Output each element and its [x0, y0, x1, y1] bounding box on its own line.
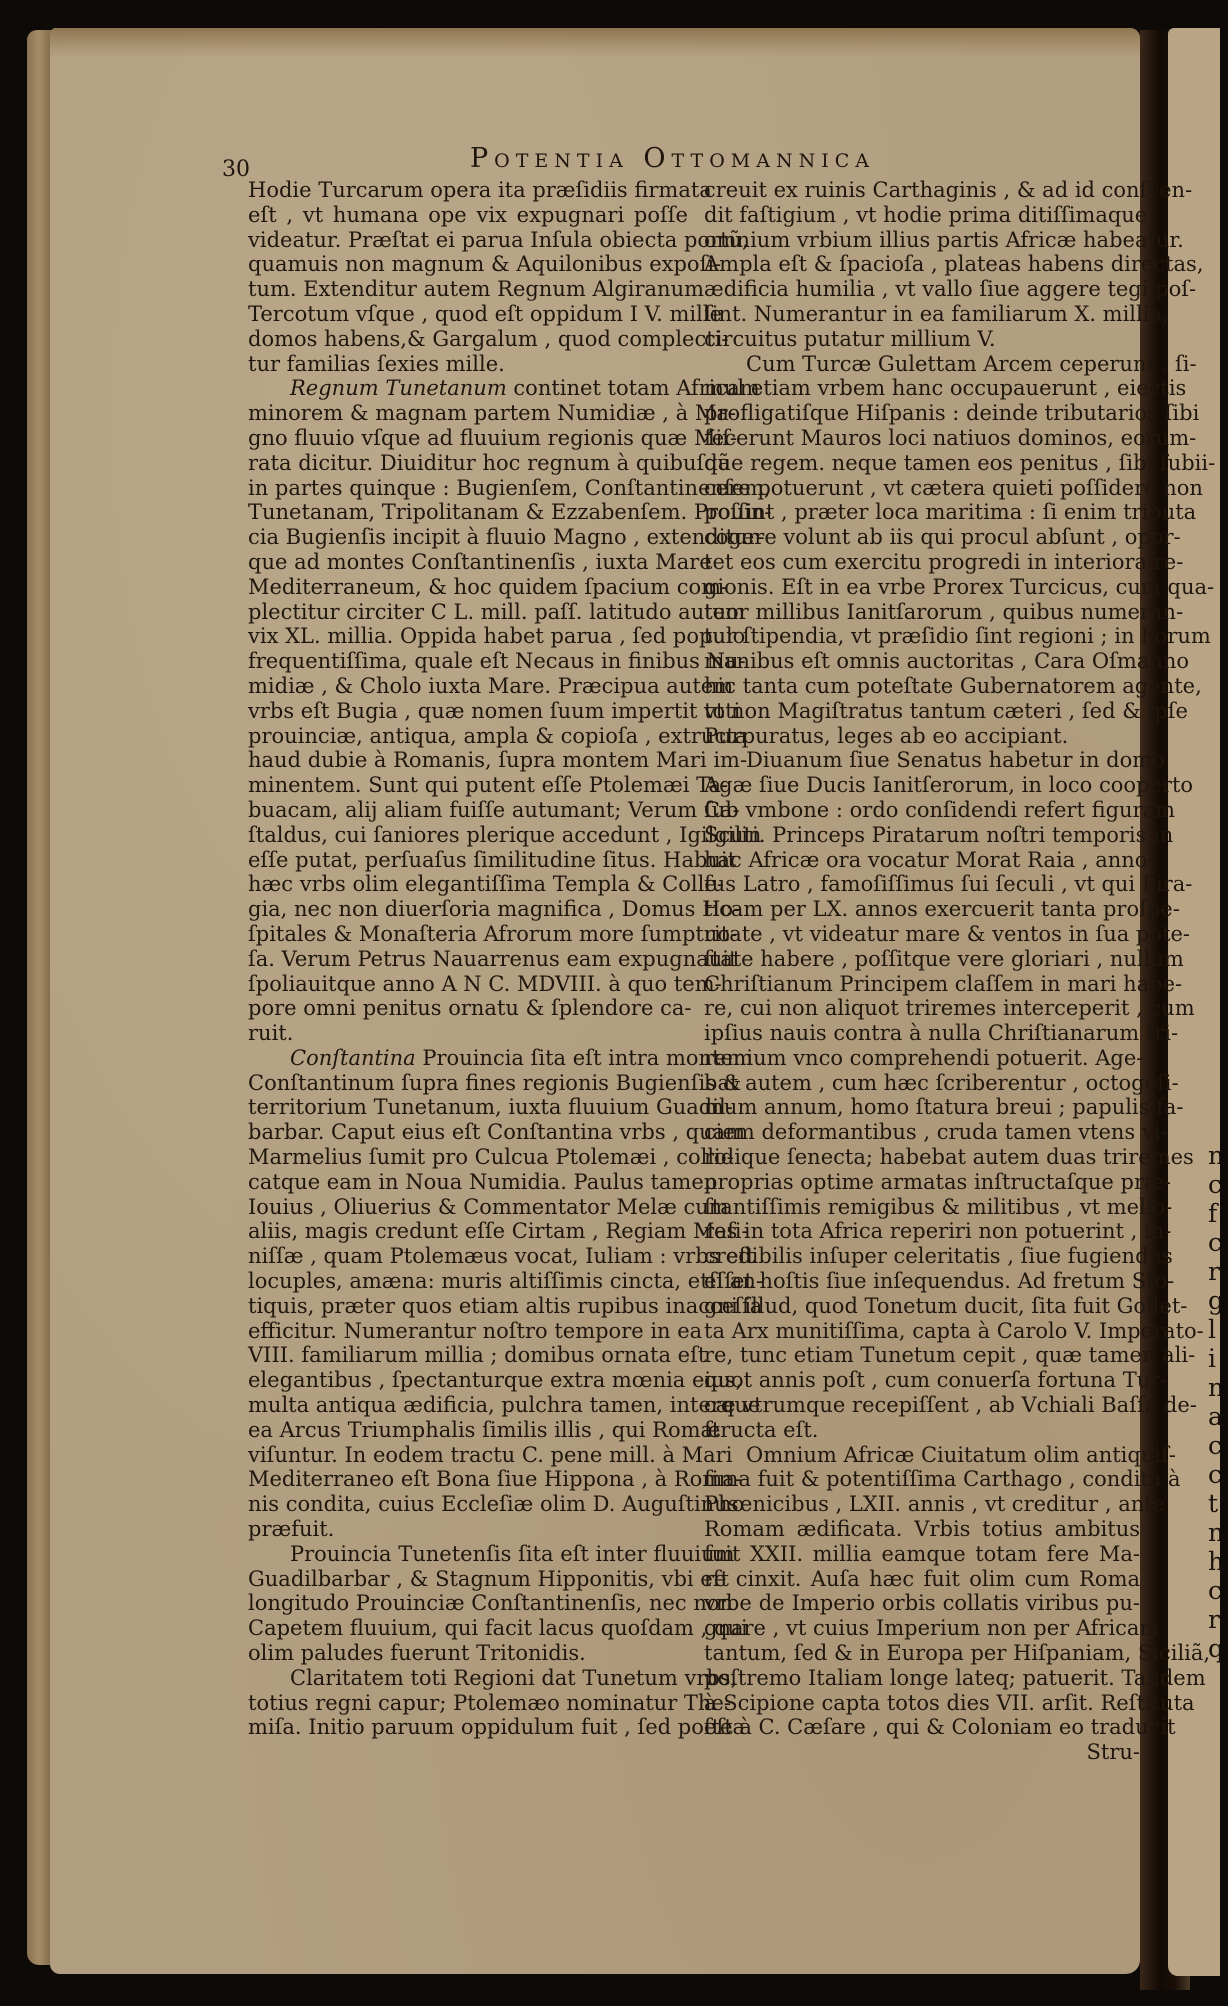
text-line: ſpoliauitque anno A N C. MDVIII. à quo t…	[248, 972, 688, 997]
page-number: 30	[222, 157, 250, 182]
text-line: VIII. familiarum millia ; domibus ornata…	[248, 1343, 688, 1368]
text-line: ædificia humilia , vt vallo ſiue aggere …	[704, 277, 1140, 302]
facing-page-letter: g	[1208, 1288, 1220, 1313]
text-line: Guadilbarbar , & Stagnum Hipponitis, vbi…	[248, 1567, 688, 1592]
text-line: ruit.	[248, 1021, 688, 1046]
text-line: elegantibus , ſpectanturque extra mœnia …	[248, 1368, 688, 1393]
text-line: eſſet hoſtis ſiue inſequendus. Ad fretum…	[704, 1269, 1140, 1294]
text-line: vt non Magiſtratus tantum cæteri , ſed &…	[704, 699, 1140, 724]
text-line: fuit XXII. millia eamque totam fere Ma-	[704, 1542, 1140, 1567]
facing-page-letter: c	[1208, 1230, 1220, 1255]
text-line: multa antiqua ædificia, pulchra tamen, i…	[248, 1393, 688, 1418]
text-line: præfuit.	[248, 1517, 688, 1542]
facing-page-letter: h	[1208, 1549, 1220, 1574]
text-line: ſpitales & Monaſteria Afrorum more ſumpt…	[248, 922, 688, 947]
text-line: mum annum, homo ſtatura breui ; papulis …	[704, 1095, 1140, 1120]
text-line: domos habens,& Gargalum , quod complecti…	[248, 327, 688, 352]
text-line: ticam per LX. annos exercuerit tanta pro…	[704, 897, 1140, 922]
text-line: gni illud, quod Tonetum ducit, ſita fuit…	[704, 1294, 1140, 1319]
facing-page-letter: i	[1208, 1346, 1216, 1371]
text-line: prouinciæ, antiqua, ampla & copioſa , ex…	[248, 724, 688, 749]
right-text-column: creuit ex ruinis Carthaginis , & ad id c…	[704, 178, 1140, 1765]
text-line: creuit ex ruinis Carthaginis , & ad id c…	[704, 178, 1140, 203]
text-line: midiæ , & Cholo iuxta Mare. Præcipua aut…	[248, 674, 688, 699]
text-line: longitudo Prouinciæ Conſtantinenſis, nec…	[248, 1591, 688, 1616]
facing-page-letter: c	[1208, 1578, 1220, 1603]
text-line: ſub vmbone : ordo conſidendi refert figu…	[704, 798, 1140, 823]
text-line: ta Arx munitiſſima, capta à Carolo V. Im…	[704, 1319, 1140, 1344]
text-line: ſus Latro , famoſiſſimus ſui ſeculi , vt…	[704, 872, 1140, 897]
paragraph: Omnium Africæ Ciuitatum olim antiquiſ-ſi…	[704, 1443, 1140, 1741]
text-line: fecerunt Mauros loci natiuos dominos, eo…	[704, 426, 1140, 451]
text-line: tuor millibus Ianitſarorum , quibus nume…	[704, 600, 1140, 625]
text-line: territorium Tunetanum, iuxta fluuium Gua…	[248, 1095, 688, 1120]
text-line: proprias optime armatas inſtructaſque pr…	[704, 1170, 1140, 1195]
paragraph: Prouincia Tunetenſis ſita eſt inter fluu…	[248, 1542, 688, 1666]
text-line: in partes quinque : Bugienſem, Conſtanti…	[248, 476, 688, 501]
text-line: ſa. Verum Petrus Nauarrenus eam expugnau…	[248, 947, 688, 972]
text-line: Conſtantina Prouincia ſita eſt intra mon…	[248, 1046, 688, 1071]
text-line: credibilis inſuper celeritatis , ſiue fu…	[704, 1244, 1140, 1269]
facing-page-letter: a	[1208, 1404, 1220, 1429]
text-line: Marmelius ſumit pro Culcua Ptolemæi , co…	[248, 1145, 688, 1170]
text-line: Omnium Africæ Ciuitatum olim antiquiſ-	[704, 1443, 1140, 1468]
text-line: ſima fuit & potentiſſima Carthago , cond…	[704, 1467, 1140, 1492]
text-line: Iouius , Oliuerius & Commentator Melæ cu…	[248, 1195, 688, 1220]
paragraph: Claritatem toti Regioni dat Tunetum vrbs…	[248, 1666, 688, 1740]
facing-page-letter: f	[1208, 1201, 1217, 1226]
text-line: Romam ædificata. Vrbis totius ambitus	[704, 1517, 1140, 1542]
text-line: manibus eſt omnis auctoritas , Cara Oſma…	[704, 649, 1140, 674]
facing-page-letter: r	[1208, 1607, 1220, 1632]
text-line: quamuis non magnum & Aquilonibus expoſi-	[248, 252, 688, 277]
text-line: vrbe de Imperio orbis collatis viribus p…	[704, 1591, 1140, 1616]
text-line: hic tanta cum poteſtate Gubernatorem age…	[704, 674, 1140, 699]
text-line: cogere volunt ab iis qui procul abſunt ,…	[704, 525, 1140, 550]
paragraph: Cum Turcæ Gulettam Arcem ceperunt , ſi-m…	[704, 352, 1140, 749]
running-head: Potentia Ottomannica	[470, 143, 875, 174]
text-line: gnare , vt cuius Imperium non per Africa…	[704, 1616, 1140, 1641]
text-line: minentem. Sunt qui putent eſſe Ptolemæi …	[248, 773, 688, 798]
text-line: poſtremo Italiam longe lateq; patuerit. …	[704, 1666, 1140, 1691]
text-line: Prouincia Tunetenſis ſita eſt inter fluu…	[248, 1542, 688, 1567]
text-line: cia Bugienſis incipit à fluuio Magno , e…	[248, 525, 688, 550]
text-line: eſt , vt humana ope vix expugnari poſſe	[248, 203, 688, 228]
text-line: cæ vtrumque recepiſſent , ab Vchiali Baſ…	[704, 1393, 1140, 1418]
text-line: haud dubie à Romanis, ſupra montem Mari …	[248, 748, 688, 773]
text-line: ſtate habere , poſſitque vere gloriari ,…	[704, 947, 1140, 972]
text-line: bat autem , cum hæc ſcriberentur , octog…	[704, 1071, 1140, 1096]
text-line: tum. Extenditur autem Regnum Algiranum	[248, 277, 688, 302]
text-line: re, cui non aliquot triremes interceperi…	[704, 996, 1140, 1021]
facing-page-letter: n	[1208, 1520, 1220, 1545]
left-text-column: Hodie Turcarum opera ita præſidiis firma…	[248, 178, 688, 1740]
text-line: pore omni penitus ornatu & ſplendore ca-	[248, 996, 688, 1021]
text-line: miſa. Initio paruum oppidulum fuit , ſed…	[248, 1715, 688, 1740]
text-line: tiquis, præter quos etiam altis rupibus …	[248, 1294, 688, 1319]
text-line: tur familias ſexies mille.	[248, 352, 688, 377]
text-line: Conſtantinum ſupra fines regionis Bugien…	[248, 1071, 688, 1096]
text-line: aliis, magis credunt eſſe Cirtam , Regia…	[248, 1219, 688, 1244]
text-line: Diuanum ſiue Senatus habetur in domo	[704, 748, 1140, 773]
text-line: buacam, alij aliam fuiſſe autumant; Veru…	[248, 798, 688, 823]
text-line: re cinxit. Auſa hæc fuit olim cum Roma	[704, 1567, 1140, 1592]
text-line: Agæ ſiue Ducis Ianitſerorum, in loco coo…	[704, 773, 1140, 798]
text-line: minorem & magnam partem Numidiæ , à Ma-	[248, 401, 688, 426]
text-line: omnium vrbium illius partis Africæ habea…	[704, 228, 1140, 253]
paragraph: creuit ex ruinis Carthaginis , & ad id c…	[704, 178, 1140, 352]
facing-page-letter: c	[1208, 1433, 1220, 1458]
facing-page-letter: n	[1208, 1375, 1220, 1400]
text-line: hac Africæ ora vocatur Morat Raia , anno…	[704, 848, 1140, 873]
text-line: ritate , vt videatur mare & ventos in ſu…	[704, 922, 1140, 947]
paragraph: Conſtantina Prouincia ſita eſt intra mon…	[248, 1046, 688, 1542]
text-line: eſt à C. Cæſare , qui & Coloniam eo trad…	[704, 1715, 1140, 1740]
text-line: re, tunc etiam Tunetum cepit , quæ tamen…	[704, 1343, 1140, 1368]
paragraph: Hodie Turcarum opera ita præſidiis firma…	[248, 178, 688, 376]
text-line: Mediterraneo eſt Bona ſiue Hippona , à R…	[248, 1467, 688, 1492]
text-line: Claritatem toti Regioni dat Tunetum vrbs…	[248, 1666, 688, 1691]
text-line: Cum Turcæ Gulettam Arcem ceperunt , ſi-	[704, 352, 1140, 377]
text-line: locuples, amæna: muris altiſſimis cincta…	[248, 1269, 688, 1294]
text-line: totius regni capur; Ptolemæo nominatur T…	[248, 1691, 688, 1716]
text-line: Tercotum vſque , quod eſt oppidum I V. m…	[248, 302, 688, 327]
text-line: nis condita, cuius Eccleſiæ olim D. Augu…	[248, 1492, 688, 1517]
text-line: gno fluuio vſque ad fluuium regionis quæ…	[248, 426, 688, 451]
paragraph: Regnum Tunetanum continet totam Africamm…	[248, 376, 688, 1046]
text-line: res in tota Africa reperiri non potuerin…	[704, 1219, 1140, 1244]
text-line: Chriſtianum Principem claſſem in mari ha…	[704, 972, 1140, 997]
text-line: quot annis poſt , cum conuerſa fortuna T…	[704, 1368, 1140, 1393]
text-line: ſint. Numerantur in ea familiarum X. mil…	[704, 302, 1140, 327]
italic-lead: Conſtantina	[290, 1046, 416, 1070]
text-line: cere potuerunt , vt cætera quieti poſſid…	[704, 476, 1140, 501]
text-line: eſſe putat, perſuaſus ſimilitudine ſitus…	[248, 848, 688, 873]
text-line: olim paludes fuerunt Tritonidis.	[248, 1641, 688, 1666]
catchword: Stru-	[704, 1740, 1140, 1765]
text-line: remium vnco comprehendi potuerit. Age-	[704, 1046, 1140, 1071]
text-line: Ampla eſt & ſpacioſa , plateas habens di…	[704, 252, 1140, 277]
water-stain	[50, 28, 1140, 58]
text-line: Hodie Turcarum opera ita præſidiis firma…	[248, 178, 688, 203]
text-line: barbar. Caput eius eſt Conſtantina vrbs …	[248, 1120, 688, 1145]
text-line: Phœnicibus , LXII. annis , vt creditur ,…	[704, 1492, 1140, 1517]
text-line: rata dicitur. Diuiditur hoc regnum à qui…	[248, 451, 688, 476]
facing-page-letter: t	[1208, 1491, 1218, 1516]
facing-page-letter: l	[1208, 1317, 1216, 1342]
text-line: ea Arcus Triumphalis ſimilis illis , qui…	[248, 1418, 688, 1443]
text-line: que regem. neque tamen eos penitus , ſib…	[704, 451, 1140, 476]
text-line: Capetem fluuium, qui facit lacus quoſdam…	[248, 1616, 688, 1641]
text-line: Purpuratus, leges ab eo accipiant.	[704, 724, 1140, 749]
text-line: niſſæ , quam Ptolemæus vocat, Iuliam : v…	[248, 1244, 688, 1269]
text-line: Mediterraneum, & hoc quidem ſpacium com-	[248, 575, 688, 600]
text-line: gionis. Eſt in ea vrbe Prorex Turcicus, …	[704, 575, 1140, 600]
text-line: mul etiam vrbem hanc occupauerunt , eiec…	[704, 376, 1140, 401]
text-line: ſtantiſſimis remigibus & militibus , vt …	[704, 1195, 1140, 1220]
text-line: dit faſtigium , vt hodie prima ditiſſima…	[704, 203, 1140, 228]
facing-page-letter: r	[1208, 1259, 1220, 1284]
text-line: Tunetanam, Tripolitanam & Ezzabenſem. Pr…	[248, 500, 688, 525]
facing-page-letter: c	[1208, 1172, 1220, 1197]
text-line: videatur. Præſtat ei parua Inſula obiect…	[248, 228, 688, 253]
facing-page-letter: n	[1208, 1143, 1220, 1168]
italic-lead: Regnum Tunetanum	[290, 376, 507, 400]
text-line: que ad montes Conſtantinenſis , iuxta Ma…	[248, 550, 688, 575]
text-line: ſtaldus, cui ſaniores plerique accedunt …	[248, 823, 688, 848]
text-line: ſtructa eſt.	[704, 1418, 1140, 1443]
text-line: ridique ſenecta; habebat autem duas trir…	[704, 1145, 1140, 1170]
text-line: efficitur. Numerantur noſtro tempore in …	[248, 1319, 688, 1344]
text-line: tur ſtipendia, vt præſidio ſint regioni …	[704, 624, 1140, 649]
text-line: vrbs eſt Bugia , quæ nomen ſuum impertit…	[248, 699, 688, 724]
text-line: frequentiſſima, quale eſt Necaus in fini…	[248, 649, 688, 674]
text-line: ipſius nauis contra à nulla Chriſtianaru…	[704, 1021, 1140, 1046]
text-line: viſuntur. In eodem tractu C. pene mill. …	[248, 1443, 688, 1468]
text-line: hæc vrbs olim elegantiſſima Templa & Col…	[248, 872, 688, 897]
text-line: plectitur circiter C L. mill. paſſ. lati…	[248, 600, 688, 625]
paragraph: Diuanum ſiue Senatus habetur in domoAgæ …	[704, 748, 1140, 1442]
facing-page-letter: c	[1208, 1462, 1220, 1487]
text-line: tet eos cum exercitu progredi in interio…	[704, 550, 1140, 575]
text-line: ciem deformantibus , cruda tamen vtens v…	[704, 1120, 1140, 1145]
text-line: à Scipione capta totos dies VII. arſit. …	[704, 1691, 1140, 1716]
text-line: Regnum Tunetanum continet totam Africam	[248, 376, 688, 401]
text-line: vix XL. millia. Oppida habet parua , ſed…	[248, 624, 688, 649]
text-line: circuitus putatur millium V.	[704, 327, 1140, 352]
text-line: poſſint , præter loca maritima : ſi enim…	[704, 500, 1140, 525]
text-line: tantum, ſed & in Europa per Hiſpaniam, S…	[704, 1641, 1140, 1666]
text-line: catque eam in Noua Numidia. Paulus tamen	[248, 1170, 688, 1195]
text-line: profligatiſque Hiſpanis : deinde tributa…	[704, 401, 1140, 426]
text-line: Scuti. Princeps Piratarum noſtri tempori…	[704, 823, 1140, 848]
text-line: gia, nec non diuerſoria magnifica , Domu…	[248, 897, 688, 922]
